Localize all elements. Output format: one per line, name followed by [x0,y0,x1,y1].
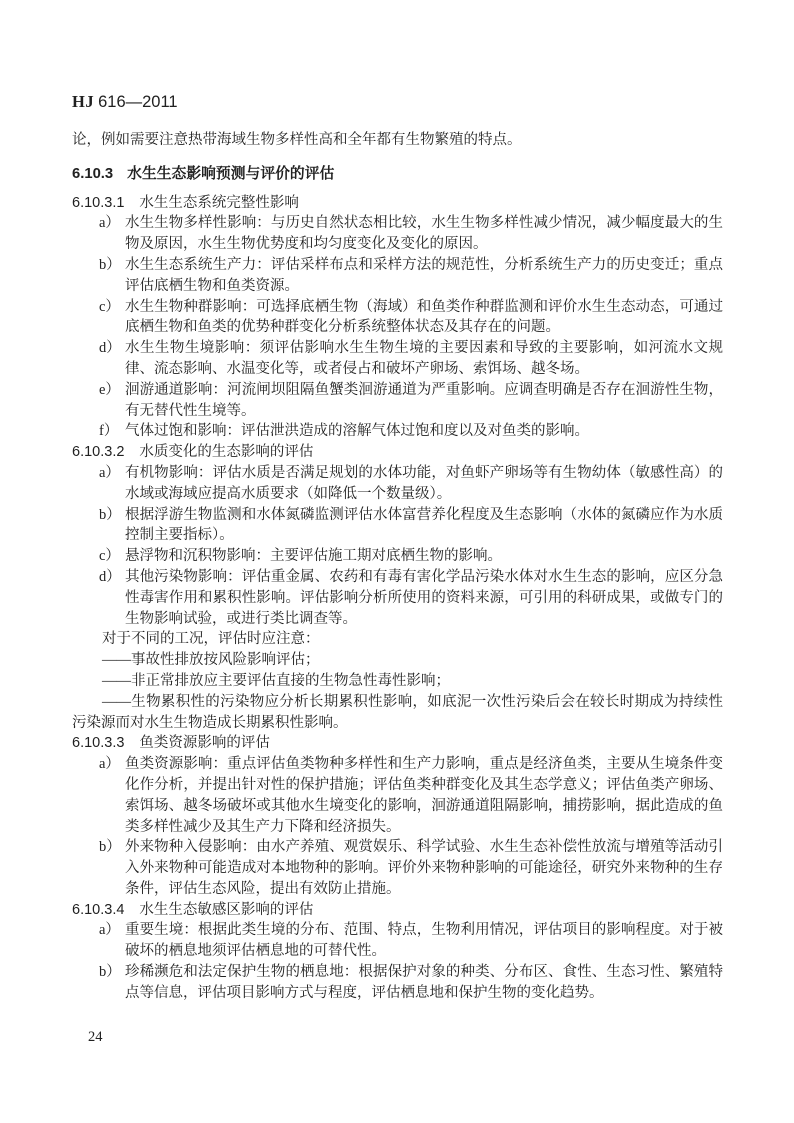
list-item: b）外来物种入侵影响：由水产养殖、观赏娱乐、科学试验、水生生态补偿性放流与增殖等… [72,837,723,899]
list-item-text: 有机物影响：评估水质是否满足规划的水体功能，对鱼虾产卵场等有生物幼体（敏感性高）… [125,465,723,502]
list-item-text: 对于不同的工况，评估时应注意： [102,631,320,647]
section-title: 水质变化的生态影响的评估 [139,444,313,460]
list-item-marker: a） [99,463,120,484]
list-item-text: 鱼类资源影响：重点评估鱼类物种多样性和生产力影响，重点是经济鱼类，主要从生境条件… [125,756,723,834]
list-item: a）水生生物多样性影响：与历史自然状态相比较，水生生物多样性减少情况，减少幅度最… [72,213,723,255]
list-item: b）水生生态系统生产力：评估采样布点和采样方法的规范性，分析系统生产力的历史变迁… [72,255,723,297]
list-item: a）鱼类资源影响：重点评估鱼类物种多样性和生产力影响，重点是经济鱼类，主要从生境… [72,754,723,837]
list-item-marker: c） [99,297,120,318]
section-number: 6.10.3.3 [72,735,124,751]
list-item-text: 重要生境：根据此类生境的分布、范围、特点，生物利用情况，评估项目的影响程度。对于… [125,922,723,959]
list-item-marker: a） [99,920,120,941]
list-item-text: 水生生物生境影响：须评估影响水生生物生境的主要因素和导致的主要影响，如河流水文规… [125,340,723,377]
list-item-text: 其他污染物影响：评估重金属、农药和有毒有害化学品污染水体对水生生态的影响，应区分… [125,569,723,627]
list-item-text: ——事故性排放按风险影响评估； [102,652,320,668]
list-item-marker: b） [99,255,121,276]
list-item-text: 水生生态系统生产力：评估采样布点和采样方法的规范性，分析系统生产力的历史变迁；重… [125,257,723,294]
section-heading: 6.10.3.4水生生态敏感区影响的评估 [72,900,723,921]
list-item-text: ——非正常排放应主要评估直接的生物急性毒性影响； [102,673,450,689]
list-item-marker: c） [99,546,120,567]
section-number: 6.10.3.1 [72,195,124,211]
list-item: c）悬浮物和沉积物影响：主要评估施工期对底栖生物的影响。 [72,546,723,567]
section-heading: 6.10.3水生生态影响预测与评价的评估 [72,164,723,185]
standard-code-label: HJ [72,92,94,111]
list-item-text: 水生生物种群影响：可选择底栖生物（海域）和鱼类作种群监测和评价水生生态动态，可通… [125,299,723,336]
paragraph: 对于不同的工况，评估时应注意： [72,629,723,650]
list-item-marker: d） [99,567,121,588]
list-item-text: ——生物累积性的污染物应分析长期累积性影响，如底泥一次性污染后会在较长时期成为持… [72,694,723,731]
list-item-text: 根据浮游生物监测和水体氮磷监测评估水体富营养化程度及生态影响（水体的氮磷应作为水… [125,507,723,544]
list-item-marker: a） [99,213,120,234]
list-item: b）珍稀濒危和法定保护生物的栖息地：根据保护对象的种类、分布区、食性、生态习性、… [72,962,723,1004]
standard-number: 616—2011 [98,93,178,111]
list-item-text: 气体过饱和影响：评估泄洪造成的溶解气体过饱和度以及对鱼类的影响。 [125,423,589,439]
list-item-marker: b） [99,505,121,526]
section-title: 水生生态敏感区影响的评估 [139,902,313,918]
section-heading: 6.10.3.1水生生态系统完整性影响 [72,193,723,214]
document-body: 论，例如需要注意热带海域生物多样性高和全年都有生物繁殖的特点。 6.10.3水生… [72,130,723,1004]
list-item-text: 珍稀濒危和法定保护生物的栖息地：根据保护对象的种类、分布区、食性、生态习性、繁殖… [125,964,723,1001]
intro-paragraph: 论，例如需要注意热带海域生物多样性高和全年都有生物繁殖的特点。 [72,130,723,151]
section-title: 鱼类资源影响的评估 [139,735,270,751]
section-number: 6.10.3 [72,166,113,182]
list-item: d）水生生物生境影响：须评估影响水生生物生境的主要因素和导致的主要影响，如河流水… [72,338,723,380]
doc-header: HJ616—2011 [72,93,178,111]
list-item-text: 水生生物多样性影响：与历史自然状态相比较，水生生物多样性减少情况，减少幅度最大的… [125,215,723,252]
list-item: a）有机物影响：评估水质是否满足规划的水体功能，对鱼虾产卵场等有生物幼体（敏感性… [72,463,723,505]
list-item: b）根据浮游生物监测和水体氮磷监测评估水体富营养化程度及生态影响（水体的氮磷应作… [72,505,723,547]
list-item: d）其他污染物影响：评估重金属、农药和有毒有害化学品污染水体对水生生态的影响，应… [72,567,723,629]
list-item: c）水生生物种群影响：可选择底栖生物（海域）和鱼类作种群监测和评价水生生态动态，… [72,297,723,339]
section-title: 水生生态影响预测与评价的评估 [127,166,334,182]
section-heading: 6.10.3.3鱼类资源影响的评估 [72,733,723,754]
list-item-text: 洄游通道影响：河流闸坝阻隔鱼蟹类洄游通道为严重影响。应调查明确是否存在洄游性生物… [125,382,723,419]
list-item-marker: d） [99,338,121,359]
list-item-marker: f） [99,421,118,442]
page-number: 24 [88,1028,103,1046]
section-heading: 6.10.3.2水质变化的生态影响的评估 [72,442,723,463]
list-item: a）重要生境：根据此类生境的分布、范围、特点，生物利用情况，评估项目的影响程度。… [72,920,723,962]
paragraph: ——生物累积性的污染物应分析长期累积性影响，如底泥一次性污染后会在较长时期成为持… [72,692,723,734]
paragraph: ——事故性排放按风险影响评估； [72,650,723,671]
section-number: 6.10.3.4 [72,902,124,918]
list-item: f）气体过饱和影响：评估泄洪造成的溶解气体过饱和度以及对鱼类的影响。 [72,421,723,442]
list-item-text: 外来物种入侵影响：由水产养殖、观赏娱乐、科学试验、水生生态补偿性放流与增殖等活动… [125,839,723,897]
list-item-marker: b） [99,962,121,983]
paragraph: ——非正常排放应主要评估直接的生物急性毒性影响； [72,671,723,692]
list-item: e）洄游通道影响：河流闸坝阻隔鱼蟹类洄游通道为严重影响。应调查明确是否存在洄游性… [72,380,723,422]
list-item-marker: a） [99,754,120,775]
list-item-marker: e） [99,380,120,401]
section-title: 水生生态系统完整性影响 [139,195,299,211]
section-number: 6.10.3.2 [72,444,124,460]
list-item-marker: b） [99,837,121,858]
list-item-text: 悬浮物和沉积物影响：主要评估施工期对底栖生物的影响。 [125,548,502,564]
document-page: HJ616—2011 论，例如需要注意热带海域生物多样性高和全年都有生物繁殖的特… [0,0,794,1123]
